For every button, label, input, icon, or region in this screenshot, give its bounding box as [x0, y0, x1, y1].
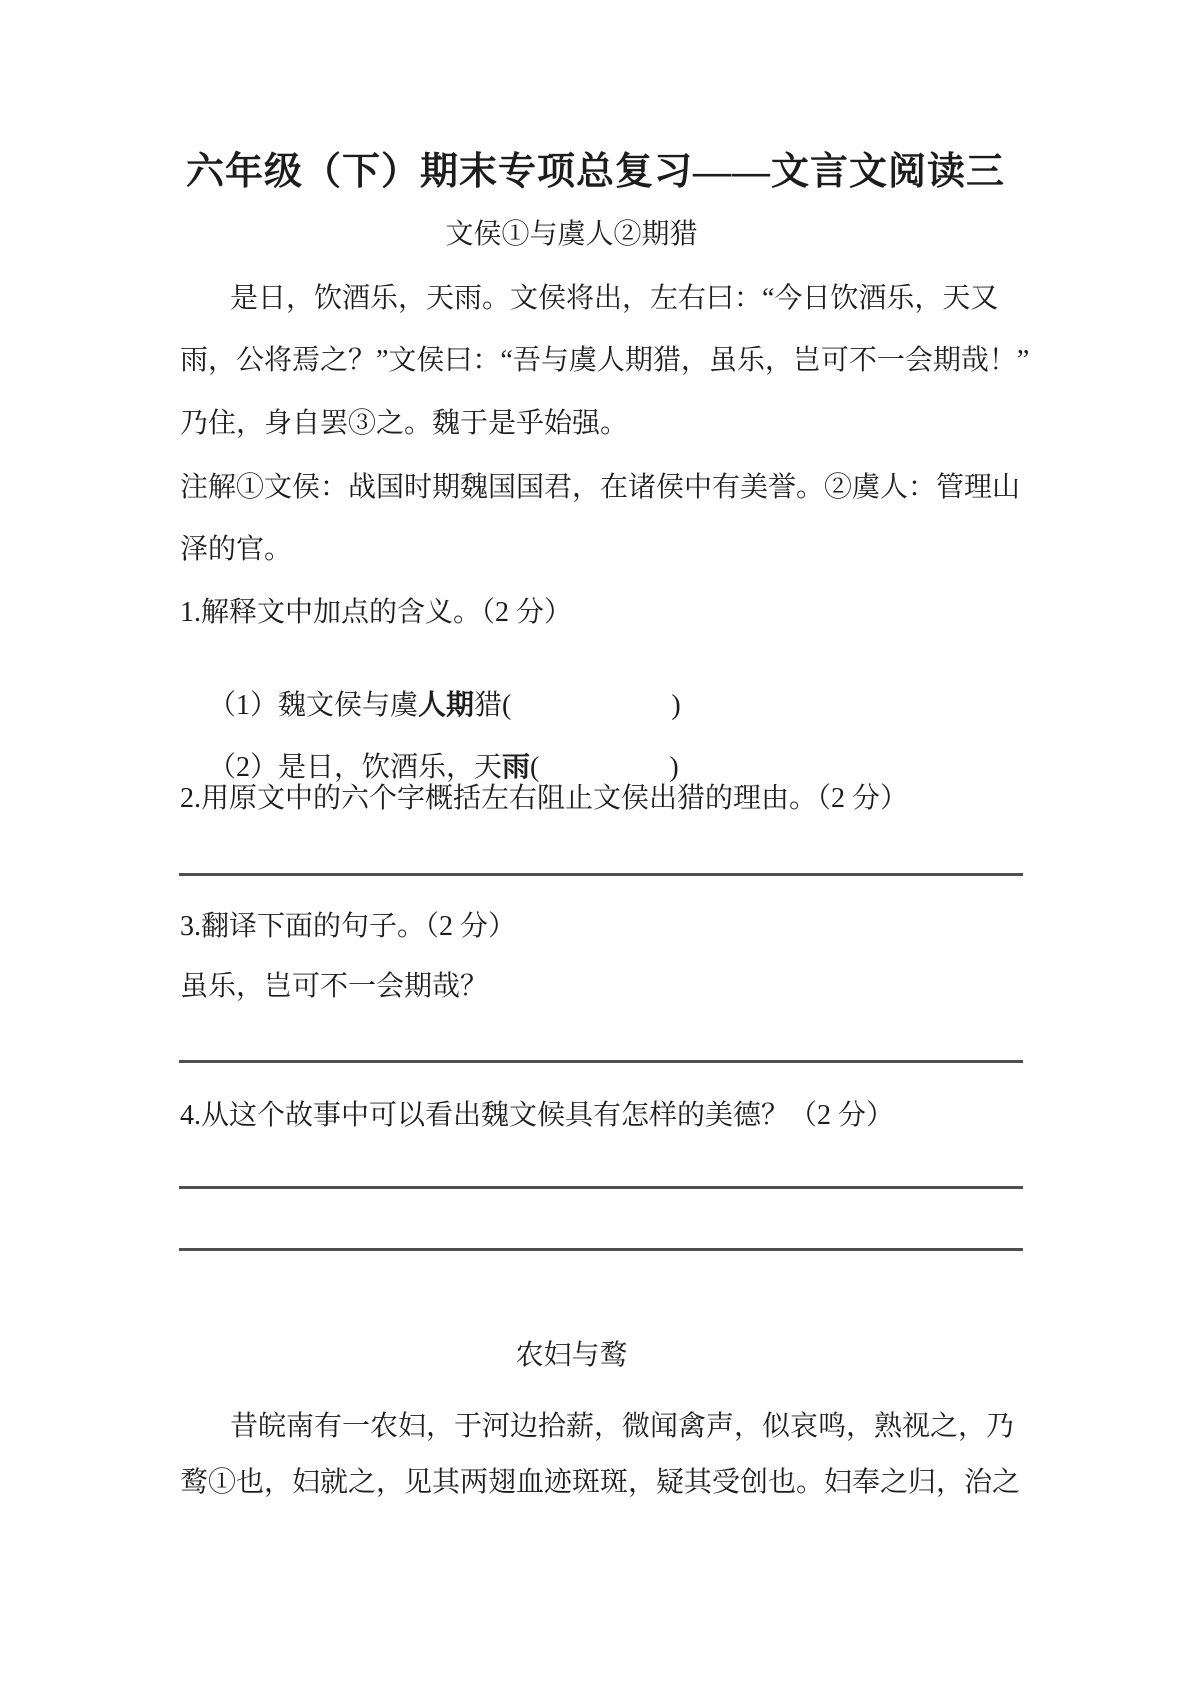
exam-document-page: 六年级（下）期末专项总复习——文言文阅读三 文侯①与虞人②期猎 是日，饮酒乐，天… — [0, 0, 1191, 1684]
passage1-line2: 雨，公将焉之？”文侯曰：“吾与虞人期猎，虽乐，岂可不一会期哉！” — [180, 344, 1023, 378]
question2-label: 2.用原文中的六个字概括左右阻止文侯出猎的理由。（2 分） — [180, 782, 1023, 816]
notes-line1: 注解①文侯：战国时期魏国国君，在诸侯中有美誉。②虞人：管理山 — [180, 471, 1023, 505]
passage1-line1: 是日，饮酒乐，天雨。文侯将出，左右曰：“今日饮酒乐，天又 — [180, 282, 1023, 316]
question1-item2-emphasized-word: 雨 — [502, 752, 530, 783]
answer-rule-q4-second — [179, 1248, 1023, 1251]
answer-rule-q4-first — [179, 1186, 1023, 1189]
section1-heading: 文侯①与虞人②期猎 — [150, 218, 993, 252]
passage2-line1: 昔皖南有一农妇，于河边拾薪，微闻禽声，似哀鸣，熟视之，乃 — [180, 1410, 1023, 1444]
document-title: 六年级（下）期末专项总复习——文言文阅读三 — [0, 148, 1191, 196]
notes-line2: 泽的官。 — [180, 533, 1023, 567]
answer-rule-q2 — [179, 873, 1023, 876]
passage1-line3: 乃住，身自罢③之。魏于是乎始强。 — [180, 407, 1023, 441]
question3-label: 3.翻译下面的句子。（2 分） — [180, 910, 1023, 944]
question1-item2-open-bracket: ( — [530, 752, 539, 783]
question1-label: 1.解释文中加点的含义。（2 分） — [180, 596, 1023, 630]
question1-item2-text: （2）是日，饮酒乐，天 — [208, 752, 502, 783]
question3-sentence: 虽乐，岂可不一会期哉？ — [180, 970, 1023, 1004]
answer-rule-q3 — [179, 1060, 1023, 1063]
question4-label: 4.从这个故事中可以看出魏文候具有怎样的美德？（2 分） — [180, 1099, 1023, 1133]
question1-item2-close-bracket: ) — [669, 752, 678, 783]
section2-heading: 农妇与鹜 — [150, 1339, 993, 1373]
passage2-line2: 鹜①也，妇就之，见其两翅血迹斑斑，疑其受创也。妇奉之归，治之 — [180, 1466, 1023, 1500]
